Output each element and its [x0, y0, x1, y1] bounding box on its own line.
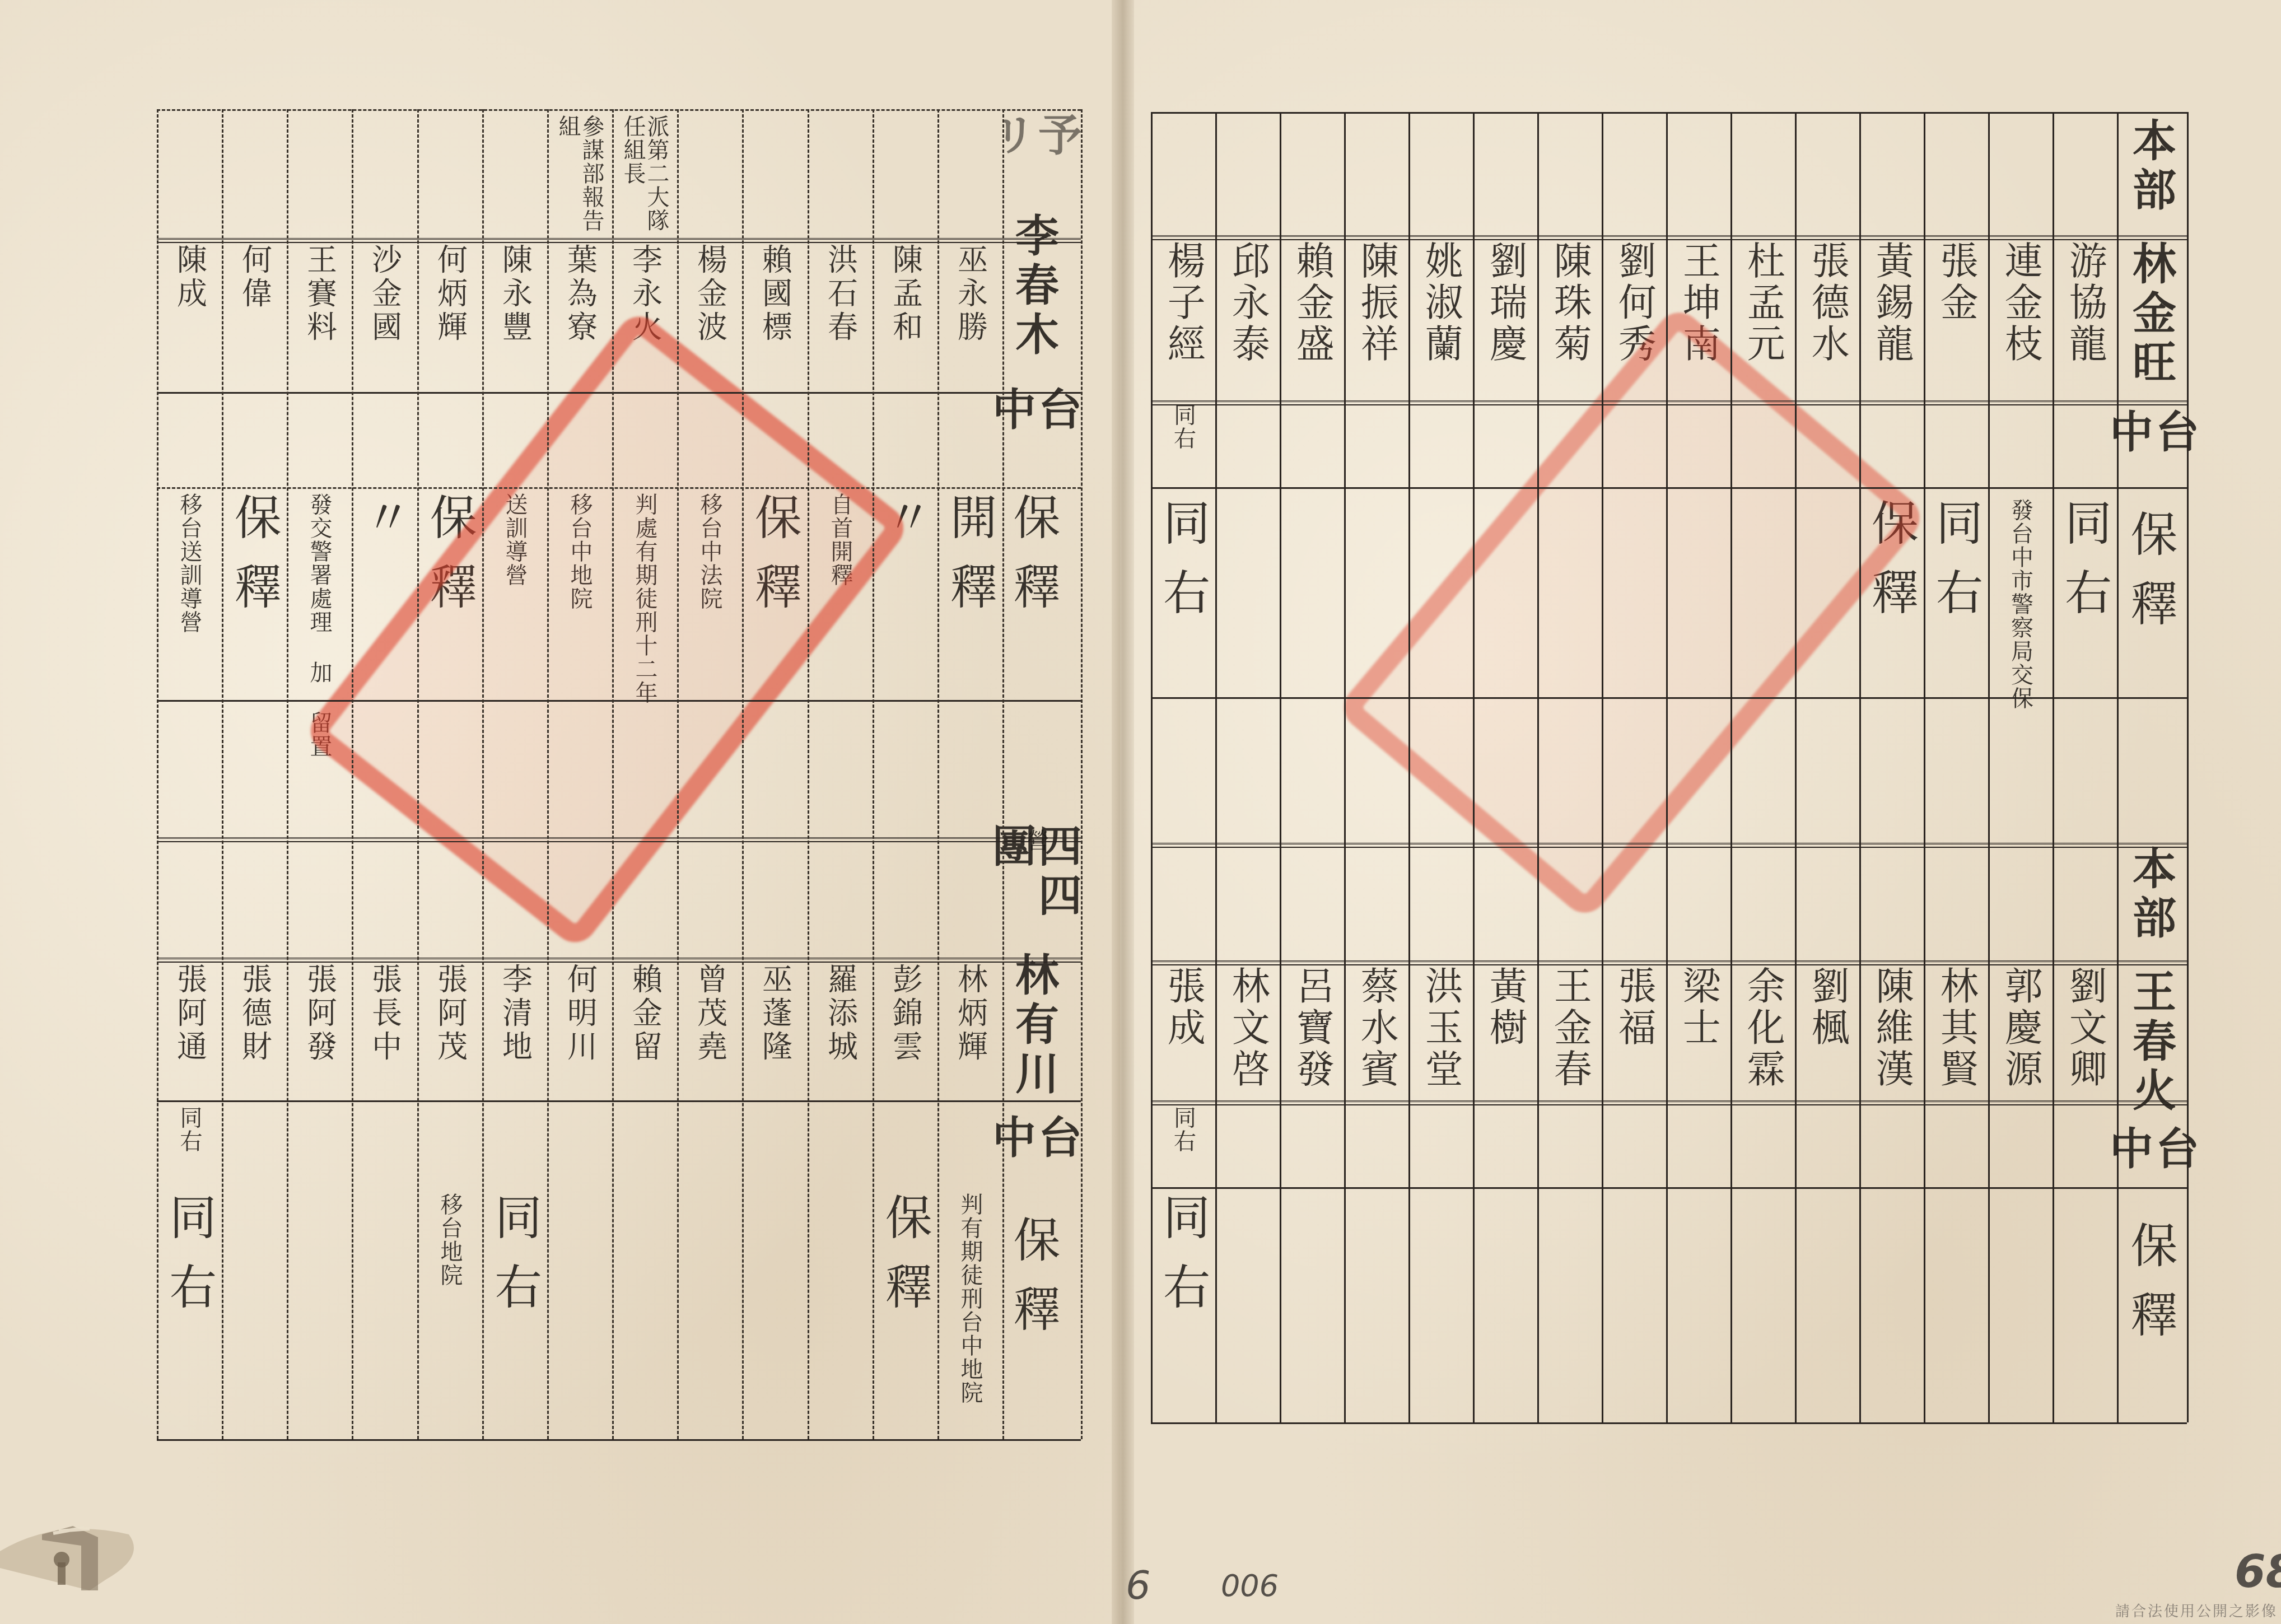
- member-name: 張阿茂: [420, 963, 479, 1098]
- member-name: 邱永泰: [1218, 241, 1277, 398]
- member-name: 曾茂堯: [680, 963, 739, 1098]
- member-name: 陳永豐: [485, 244, 544, 389]
- member-name: 郭慶源: [1991, 966, 2050, 1100]
- member-name: 陳珠菊: [1540, 241, 1599, 398]
- table-rule-vertical: [1602, 112, 1603, 1422]
- table-rule-vertical: [1344, 112, 1346, 1422]
- member-name: 黃錫龍: [1862, 241, 1921, 398]
- table-rule-vertical: [612, 109, 614, 1439]
- member-name: 張長中: [354, 963, 414, 1098]
- member-name: 巫永勝: [940, 244, 1000, 389]
- member-name: 何偉: [225, 244, 284, 389]
- table-rule-horizontal: [1151, 400, 2187, 405]
- table-rule-vertical: [1408, 112, 1410, 1422]
- right-s2-unit: 本部: [2117, 846, 2184, 958]
- table-rule-vertical: [157, 109, 158, 1439]
- handwritten-center-number: 006: [1221, 1568, 1279, 1603]
- member-name: 呂寶發: [1282, 966, 1341, 1100]
- member-name: 張成: [1154, 966, 1212, 1100]
- member-sub-remark: 同右: [1154, 403, 1212, 482]
- member-name: 陳維漢: [1862, 966, 1921, 1100]
- member-remark: 同右: [485, 1193, 544, 1434]
- table-rule-vertical: [1151, 112, 1153, 1422]
- table-rule-vertical: [808, 109, 809, 1439]
- table-rule-horizontal: [1151, 697, 2187, 699]
- table-rule-horizontal: [1151, 235, 2187, 240]
- left-s2-disposition: 保釋: [1002, 1215, 1064, 1439]
- table-rule-vertical: [1215, 112, 1217, 1422]
- member-name: 王金春: [1540, 966, 1599, 1100]
- table-rule-horizontal: [1151, 1187, 2187, 1189]
- member-name: 洪玉堂: [1411, 966, 1470, 1100]
- table-rule-vertical: [547, 109, 549, 1439]
- member-name: 賴金留: [615, 963, 674, 1098]
- table-rule-horizontal: [157, 958, 1081, 963]
- member-remark: 同右: [2055, 498, 2114, 812]
- table-rule-vertical: [1473, 112, 1475, 1422]
- member-name: 彭錦雲: [875, 963, 935, 1098]
- table-rule-vertical: [2187, 112, 2189, 1422]
- table-rule-vertical: [742, 109, 744, 1439]
- table-rule-vertical: [1988, 112, 1990, 1422]
- member-remark: 移台送訓導營: [160, 493, 219, 806]
- member-name: 林炳輝: [940, 963, 1000, 1098]
- table-rule-horizontal: [157, 1100, 1081, 1102]
- member-remark: 移台地院: [420, 1193, 479, 1434]
- member-name: 何炳輝: [420, 244, 479, 389]
- table-rule-horizontal: [1151, 1422, 2187, 1424]
- table-rule-vertical: [1081, 109, 1083, 1439]
- table-rule-vertical: [1280, 112, 1281, 1422]
- member-name: 蔡水賓: [1347, 966, 1406, 1100]
- table-rule-vertical: [1795, 112, 1797, 1422]
- member-sub-remark: 同右: [160, 1106, 219, 1184]
- table-rule-vertical: [482, 109, 484, 1439]
- right-s2-origin: 台中: [2117, 1126, 2184, 1210]
- member-remark: 同右: [1927, 498, 1985, 812]
- table-rule-vertical: [287, 109, 288, 1439]
- table-rule-horizontal: [157, 487, 1081, 489]
- member-name: 劉瑞慶: [1476, 241, 1534, 398]
- member-name: 張金: [1927, 241, 1985, 398]
- table-rule-vertical: [1002, 109, 1004, 1439]
- table-rule-horizontal: [157, 109, 1081, 111]
- table-rule-vertical: [2053, 112, 2054, 1422]
- table-rule-vertical: [1537, 112, 1539, 1422]
- member-remark: 開釋: [940, 493, 1000, 806]
- right-s1-unit: 本部: [2117, 118, 2184, 230]
- handwritten-page-number: 68: [2235, 1546, 2281, 1598]
- right-s2-disposition: 保釋: [2117, 1221, 2184, 1445]
- table-rule-horizontal: [1151, 1100, 2187, 1105]
- member-remark: 判有期徒刑台中地院: [940, 1193, 1000, 1434]
- table-rule-vertical: [937, 109, 939, 1439]
- member-name: 陳振祥: [1347, 241, 1406, 398]
- right-s1-origin: 台中: [2117, 409, 2184, 493]
- right-s1-leader: 林金旺: [2117, 241, 2184, 409]
- right-s2-leader: 王春火: [2117, 969, 2184, 1131]
- member-name: 劉楓: [1798, 966, 1856, 1100]
- member-name: 張德水: [1798, 241, 1856, 398]
- table-rule-horizontal: [1151, 843, 2187, 848]
- left-s1-unit: 予リ: [1002, 112, 1064, 202]
- table-rule-vertical: [222, 109, 223, 1439]
- table-rule-vertical: [873, 109, 874, 1439]
- table-rule-horizontal: [1151, 960, 2187, 965]
- table-rule-horizontal: [157, 700, 1081, 702]
- member-remark: 同右: [160, 1193, 219, 1434]
- left-s2-leader: 林有川: [1002, 952, 1064, 1114]
- member-name: 劉文卿: [2055, 966, 2114, 1100]
- table-rule-vertical: [2117, 112, 2119, 1422]
- member-name: 梁士: [1669, 966, 1728, 1100]
- member-remark: 同右: [1154, 498, 1212, 812]
- table-rule-vertical: [1859, 112, 1861, 1422]
- member-sub-remark: 同右: [1154, 1106, 1212, 1184]
- table-rule-vertical: [417, 109, 419, 1439]
- member-name: 陳孟和: [875, 244, 935, 389]
- member-name: 余化霖: [1733, 966, 1792, 1100]
- page-gutter: [1112, 0, 1134, 1624]
- member-name: 姚淑蘭: [1411, 241, 1470, 398]
- table-rule-vertical: [1924, 112, 1925, 1422]
- member-remark: 保釋: [875, 1193, 935, 1434]
- member-name: 林其賢: [1927, 966, 1985, 1100]
- table-rule-vertical: [677, 109, 679, 1439]
- usage-watermark: 請合法使用公開之影像: [2115, 1600, 2278, 1621]
- member-remark: 同右: [1154, 1193, 1212, 1417]
- member-remark: 發台中市警察局交保: [1991, 498, 2050, 812]
- member-name: 巫蓬隆: [745, 963, 804, 1098]
- member-name: 張德財: [225, 963, 284, 1098]
- member-name: 何明川: [550, 963, 609, 1098]
- table-rule-horizontal: [1151, 112, 2187, 114]
- member-header-note: 參謀部報告組: [550, 115, 609, 232]
- right-s1-disposition: 保釋: [2117, 510, 2184, 734]
- member-name: 林文啓: [1218, 966, 1277, 1100]
- table-rule-horizontal: [157, 392, 1081, 394]
- member-name: 連金枝: [1991, 241, 2050, 398]
- member-name: 張福: [1604, 966, 1663, 1100]
- table-rule-horizontal: [157, 837, 1081, 842]
- member-name: 楊子經: [1154, 241, 1212, 398]
- table-rule-horizontal: [157, 238, 1081, 243]
- table-rule-vertical: [1666, 112, 1668, 1422]
- member-name: 黃樹: [1476, 966, 1534, 1100]
- member-name: 王賽料: [290, 244, 349, 389]
- member-name: 賴金盛: [1282, 241, 1341, 398]
- table-rule-vertical: [1730, 112, 1732, 1422]
- member-name: 羅添城: [810, 963, 870, 1098]
- member-name: 陳成: [160, 244, 219, 389]
- member-name: 沙金國: [354, 244, 414, 389]
- left-s1-origin: 台中: [1002, 386, 1064, 470]
- table-rule-vertical: [352, 109, 353, 1439]
- member-name: 李清地: [485, 963, 544, 1098]
- table-rule-horizontal: [1151, 487, 2187, 489]
- member-header-note: 派第二大隊任組長: [615, 115, 674, 232]
- member-name: 張阿通: [160, 963, 219, 1098]
- member-name: 張阿發: [290, 963, 349, 1098]
- table-rule-horizontal: [157, 1439, 1081, 1441]
- member-remark: 保釋: [225, 493, 284, 806]
- archive-logo-icon: [0, 1506, 146, 1596]
- left-s2-origin: 台中: [1002, 1114, 1064, 1204]
- left-s1-disposition: 保釋: [1002, 493, 1064, 717]
- handwritten-left-number: 6: [1126, 1562, 1151, 1608]
- member-name: 洪石春: [810, 244, 870, 389]
- member-name: 游協龍: [2055, 241, 2114, 398]
- member-name: 賴國標: [745, 244, 804, 389]
